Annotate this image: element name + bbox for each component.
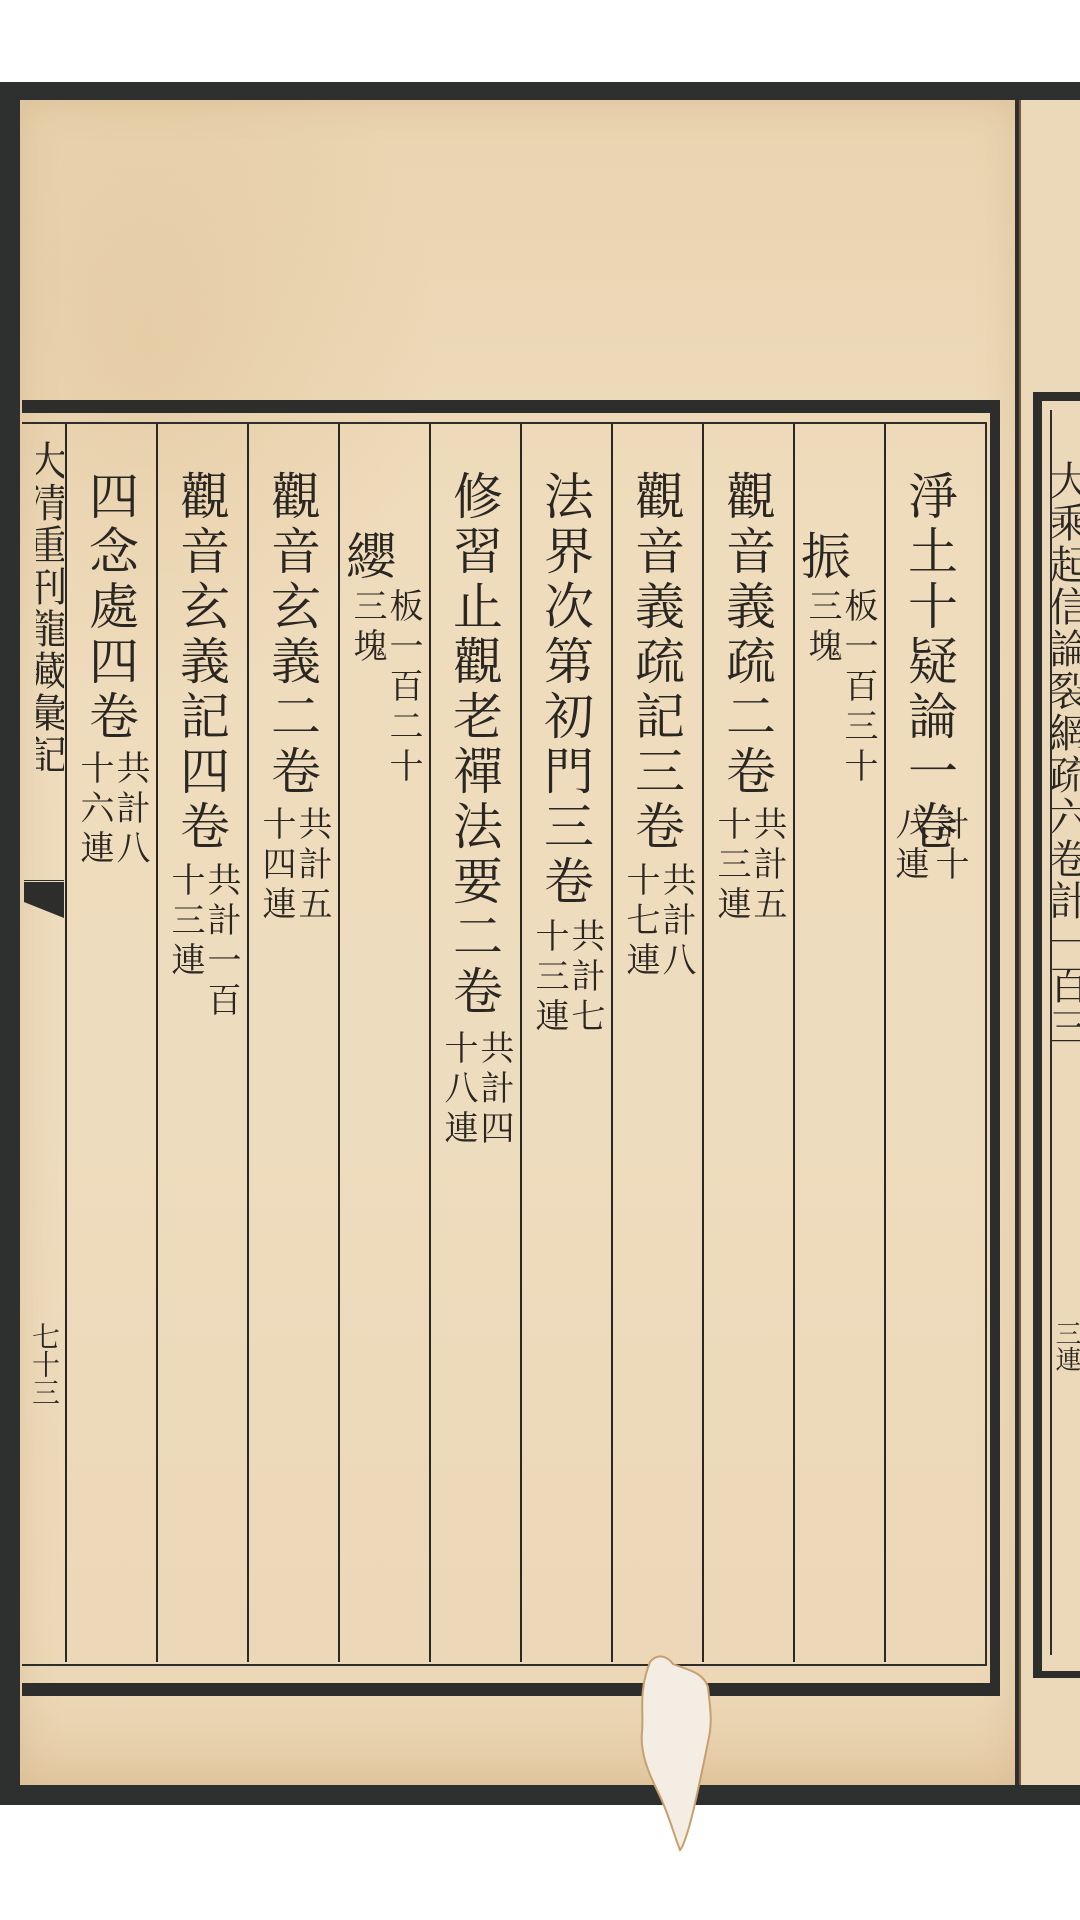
entry-title: 四念處四卷 (82, 470, 138, 745)
paper-tear (628, 1652, 738, 1852)
entry-title: 觀音義疏記三卷 (628, 470, 684, 855)
entry-note-left: 十三連 (167, 862, 203, 982)
entry-note-left: 十六連 (76, 750, 112, 870)
facing-page-text: 大乘起信論裂網疏六卷計一百三 (1052, 460, 1080, 1430)
entry-note-left: 十七連 (622, 862, 658, 982)
entry-note-right: 共計八 (112, 750, 148, 870)
entry-note-right: 共計八 (658, 862, 694, 982)
catalogue-entry-board-count: 纓 板一百二十 三塊 (340, 470, 431, 1650)
entry-title: 觀音玄義記四卷 (173, 470, 229, 855)
entry-title: 觀音義疏二卷 (719, 470, 775, 800)
entry-note-left: 十三連 (713, 806, 749, 926)
entry-note-right: 共計一百 (203, 862, 239, 1022)
entry-note-left: 三塊 (349, 588, 385, 668)
catalogue-entry: 觀音義疏二卷 共計五 十三連 (704, 470, 795, 1650)
entry-note-left: 十四連 (258, 806, 294, 926)
entry-note-right: 計十 (931, 806, 967, 886)
catalogue-entry-board-count: 振 板一百三十 三塊 (795, 470, 886, 1650)
entry-note-left: 三塊 (804, 588, 840, 668)
catalogue-entry: 修習止觀老禪法要二卷 共計四 十八連 (431, 470, 522, 1650)
entry-title: 法界次第初門三卷 (537, 470, 593, 910)
entry-title: 纓 (339, 530, 395, 585)
catalogue-entry: 觀音玄義二卷 共計五 十四連 (249, 470, 340, 1650)
entry-note-right: 共計七 (567, 918, 603, 1038)
entry-note-left: 十三連 (531, 918, 567, 1038)
catalogue-entry: 淨土十疑論一卷 計十 八連 (886, 470, 977, 1650)
entry-note-right: 共計五 (749, 806, 785, 926)
entry-title: 修習止觀老禪法要二卷 (446, 470, 502, 1020)
catalogue-entry: 觀音義疏記三卷 共計八 十七連 (613, 470, 704, 1650)
entry-title: 觀音玄義二卷 (264, 470, 320, 800)
facing-page-note: 三連 (1052, 1320, 1080, 1372)
entry-note-right: 共計五 (294, 806, 330, 926)
entry-note-right: 共計四 (476, 1030, 512, 1150)
fishtail-mark-icon (24, 880, 64, 920)
bottom-margin-stain (20, 1690, 1015, 1785)
entry-note-left: 八連 (891, 806, 927, 886)
entry-note-right: 板一百二十 (385, 588, 421, 788)
catalogue-entry: 觀音玄義記四卷 共計一百 十三連 (158, 470, 249, 1650)
entry-title: 振 (794, 530, 850, 585)
entry-note-right: 板一百三十 (840, 588, 876, 788)
entry-note-left: 十八連 (440, 1030, 476, 1150)
entry-title: 淨土十疑論一卷 (901, 470, 957, 855)
catalogue-entry: 四念處四卷 共計八 十六連 (67, 470, 158, 1650)
page-number: 七十三 (22, 1322, 62, 1406)
catalogue-entry: 法界次第初門三卷 共計七 十三連 (522, 470, 613, 1650)
